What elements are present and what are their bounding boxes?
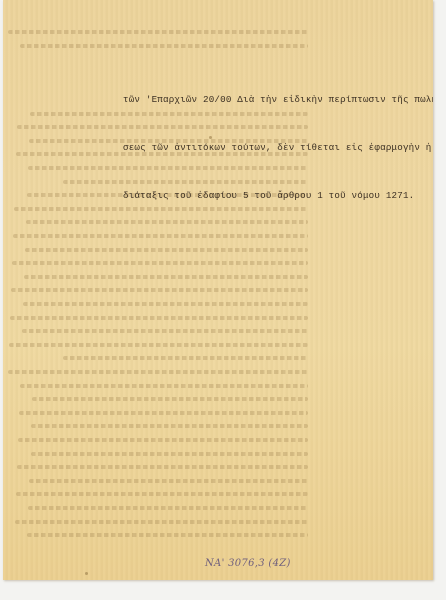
show-through-line (17, 465, 308, 469)
show-through-line (15, 520, 308, 524)
show-through-line (28, 506, 308, 510)
show-through-line (8, 370, 308, 374)
show-through-line (63, 356, 308, 360)
show-through-line (10, 316, 308, 320)
show-through-line (25, 248, 308, 252)
paper-speck (85, 572, 88, 575)
archive-reference-handwritten: NA' 3076,3 (4Z) (205, 558, 291, 569)
show-through-line (22, 329, 308, 333)
scanned-page: τῶν 'Επαρχιῶν 20/00 Διὰ τὴν εἰδικὴν περί… (0, 0, 446, 600)
typed-line-2: σεως τῶν ἀντιτόκων τούτων, δὲν τίθεται ε… (123, 140, 433, 156)
typed-line-3: διάταξις τοῦ ἐδαφίου 5 τοῦ ἄρθρου 1 τοῦ … (123, 188, 433, 204)
show-through-line (24, 275, 308, 279)
show-through-line (20, 44, 308, 48)
show-through-line (16, 492, 308, 496)
show-through-line (27, 533, 308, 537)
show-through-line (11, 288, 308, 292)
show-through-line (12, 261, 308, 265)
typed-line-1: τῶν 'Επαρχιῶν 20/00 Διὰ τὴν εἰδικὴν περί… (123, 92, 433, 108)
paper-speck (209, 136, 212, 139)
show-through-line (9, 343, 308, 347)
show-through-line (31, 452, 308, 456)
show-through-line (32, 397, 308, 401)
show-through-line (23, 302, 308, 306)
show-through-line (31, 424, 308, 428)
typed-paragraph: τῶν 'Επαρχιῶν 20/00 Διὰ τὴν εἰδικὴν περί… (123, 60, 433, 236)
paper-sheet: τῶν 'Επαρχιῶν 20/00 Διὰ τὴν εἰδικὴν περί… (3, 0, 433, 580)
show-through-line (19, 411, 308, 415)
show-through-line (20, 384, 308, 388)
show-through-line (29, 479, 308, 483)
show-through-line (8, 30, 308, 34)
show-through-line (18, 438, 308, 442)
